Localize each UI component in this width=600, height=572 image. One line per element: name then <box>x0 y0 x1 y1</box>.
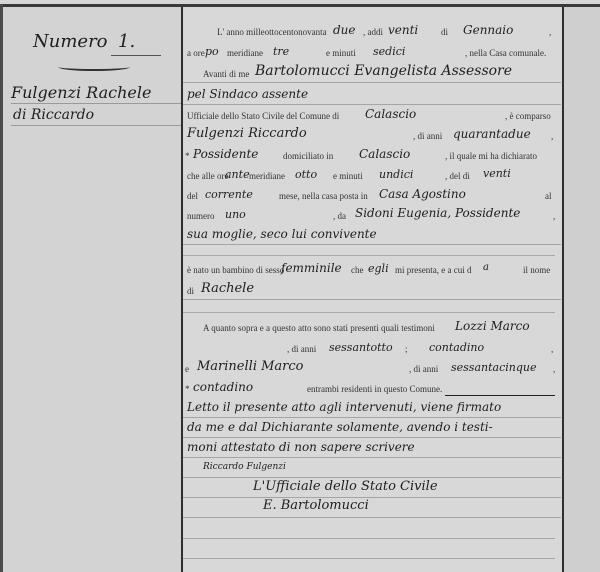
handwritten-text: uno <box>225 208 246 221</box>
printed-text: entrambi residenti in questo Comune. <box>307 384 442 394</box>
fill-line <box>183 457 561 458</box>
blank-rule <box>183 255 555 256</box>
printed-text: , del dì <box>445 171 470 181</box>
printed-text: , <box>549 27 551 37</box>
fill-line <box>183 104 561 105</box>
officer-signature: E. Bartolomucci <box>263 498 369 513</box>
blank-rule <box>183 558 555 559</box>
signature-line: Riccardo Fulgenzi <box>183 460 561 480</box>
printed-text: , <box>551 131 553 141</box>
printed-text: che <box>351 265 364 275</box>
printed-text: è nato un bambino di sesso <box>187 265 284 275</box>
handwritten-text: Sidoni Eugenia, Possidente <box>355 206 520 220</box>
record-line: * contadino entrambi residenti in questo… <box>183 380 561 400</box>
handwritten-text: tre <box>273 45 289 58</box>
record-line: Fulgenzi Riccardo , di anni quarantadue … <box>183 127 561 147</box>
handwritten-text: sessantotto <box>329 341 393 354</box>
margin-rule <box>11 125 181 126</box>
printed-text: mese, nella casa posta in <box>279 191 368 201</box>
printed-text: e minuti <box>333 171 363 181</box>
margin-rule <box>11 103 181 104</box>
printed-text: al <box>545 191 552 201</box>
printed-text: meridiane <box>249 171 285 181</box>
record-line: Ufficiale dello Stato Civile del Comune … <box>183 107 561 127</box>
declarant-signature: Riccardo Fulgenzi <box>203 462 286 472</box>
record-line: moni attestato di non sapere scrivere <box>183 440 561 460</box>
printed-text: del <box>187 191 198 201</box>
handwritten-text: due <box>333 23 356 37</box>
handwritten-text: Gennaio <box>463 23 513 37</box>
handwritten-text: sua moglie, seco lui convivente <box>187 227 377 241</box>
blank-rule <box>183 312 555 313</box>
printed-text: A quanto sopra e a questo atto sono stat… <box>203 323 435 333</box>
fill-line <box>183 299 561 300</box>
printed-text: , nella Casa comunale. <box>465 48 546 58</box>
record-line: L' anno milleottocentonovanta due , addì… <box>183 23 561 43</box>
end-rule <box>445 395 555 396</box>
handwritten-text: otto <box>295 168 317 181</box>
margin-column: Numero 1. Fulgenzi Rachele di Riccardo <box>3 7 182 572</box>
record-line: , di anni sessantotto ; contadino , <box>183 340 561 360</box>
fill-line <box>183 417 561 418</box>
handwritten-text: Fulgenzi Riccardo <box>187 126 307 141</box>
handwritten-text: Possidente <box>193 147 258 161</box>
record-line: che alle ore ante meridiane otto e minut… <box>183 167 561 187</box>
printed-text: L' anno milleottocentonovanta <box>217 27 327 37</box>
record-line: numero uno , da Sidoni Eugenia, Possiden… <box>183 207 561 227</box>
printed-text: il nome <box>523 265 550 275</box>
record-line: Avanti di me Bartolomucci Evangelista As… <box>183 65 561 85</box>
printed-text: e <box>185 364 189 374</box>
handwritten-text: quarantadue <box>453 127 531 141</box>
fill-line <box>183 82 561 83</box>
record-line: del corrente mese, nella casa posta in C… <box>183 187 561 207</box>
fill-line <box>183 477 561 478</box>
handwritten-text: Bartolomucci Evangelista Assessore <box>255 63 512 79</box>
fill-line <box>183 517 561 518</box>
handwritten-text: da me e dal Dichiarante solamente, avend… <box>187 420 493 434</box>
handwritten-text: Rachele <box>201 281 254 296</box>
printed-text: numero <box>187 211 215 221</box>
printed-text: di <box>441 27 448 37</box>
record-line: di Rachele <box>183 282 561 302</box>
blank-rule <box>183 538 555 539</box>
handwritten-text: Marinelli Marco <box>197 359 304 374</box>
printed-text: * <box>185 384 190 394</box>
printed-text: domiciliato in <box>283 151 333 161</box>
record-body: L' anno milleottocentonovanta due , addì… <box>183 7 561 572</box>
handwritten-text: egli <box>368 262 389 275</box>
decorative-flourish <box>58 63 130 71</box>
handwritten-text: Letto il presente atto agli intervenuti,… <box>187 400 501 414</box>
printed-text: , da <box>333 211 346 221</box>
printed-text: ; <box>405 344 408 354</box>
printed-text: che alle ore <box>187 171 228 181</box>
record-line: sua moglie, seco lui convivente <box>183 227 561 247</box>
handwritten-text: ante <box>225 168 250 181</box>
printed-text: , il quale mi ha dichiarato <box>445 151 537 161</box>
handwritten-text: sessantacinque <box>451 361 536 374</box>
printed-text: di <box>187 286 194 296</box>
printed-text: , <box>553 211 555 221</box>
register-page: Numero 1. Fulgenzi Rachele di Riccardo L… <box>0 0 600 572</box>
record-line: * Possidente domiciliato in Calascio , i… <box>183 147 561 167</box>
fill-line <box>183 437 561 438</box>
printed-text: , <box>551 344 553 354</box>
handwritten-text: Calascio <box>359 147 410 161</box>
record-line: e Marinelli Marco , di anni sessantacinq… <box>183 360 561 380</box>
handwritten-text: pel Sindaco assente <box>187 87 308 101</box>
margin-name-line1: Fulgenzi Rachele <box>11 83 151 102</box>
handwritten-text: Casa Agostino <box>379 187 466 201</box>
right-page-border <box>564 7 600 572</box>
signature-line: L'Ufficiale dello Stato Civile <box>183 480 561 500</box>
handwritten-text: contadino <box>193 380 253 394</box>
record-line: Letto il presente atto agli intervenuti,… <box>183 400 561 420</box>
handwritten-text: venti <box>483 167 511 180</box>
handwritten-text: Lozzi Marco <box>455 319 530 333</box>
record-line: A quanto sopra e a questo atto sono stat… <box>183 319 561 339</box>
handwritten-text: undici <box>379 168 413 181</box>
handwritten-text: venti <box>388 23 418 37</box>
printed-text: , di anni <box>409 364 438 374</box>
margin-name-line2: di Riccardo <box>13 107 94 123</box>
numero-label: Numero <box>33 31 108 52</box>
numero-underline <box>111 55 161 56</box>
printed-text: , addì <box>363 27 383 37</box>
printed-text: meridiane <box>227 48 263 58</box>
record-line: a ore po meridiane tre e minuti sedici ,… <box>183 44 561 64</box>
printed-text: , di anni <box>413 131 442 141</box>
handwritten-text: moni attestato di non sapere scrivere <box>187 440 415 454</box>
record-line: pel Sindaco assente <box>183 87 561 107</box>
handwritten-text: po <box>205 45 219 58</box>
printed-text: a ore <box>187 48 205 58</box>
handwritten-text: contadino <box>429 341 484 354</box>
numero-value: 1. <box>118 31 135 52</box>
fill-line <box>183 497 561 498</box>
handwritten-text: Calascio <box>365 107 416 121</box>
printed-text: e minuti <box>326 48 356 58</box>
printed-text: * <box>185 151 190 161</box>
printed-text: , di anni <box>287 344 316 354</box>
printed-text: Ufficiale dello Stato Civile del Comune … <box>187 111 339 121</box>
printed-text: Avanti di me <box>203 69 249 79</box>
officer-title: L'Ufficiale dello Stato Civile <box>253 479 438 494</box>
record-line: da me e dal Dichiarante solamente, avend… <box>183 420 561 440</box>
printed-text: mi presenta, e a cui d <box>395 265 471 275</box>
record-line: è nato un bambino di sesso femminile che… <box>183 261 561 281</box>
handwritten-text: a <box>483 262 489 273</box>
handwritten-text: sedici <box>373 45 405 58</box>
printed-text: , <box>553 364 555 374</box>
printed-text: , è comparso <box>505 111 551 121</box>
handwritten-text: femminile <box>281 261 342 275</box>
handwritten-text: corrente <box>205 188 253 201</box>
signature-line: E. Bartolomucci <box>183 500 561 520</box>
fill-line <box>183 244 561 245</box>
